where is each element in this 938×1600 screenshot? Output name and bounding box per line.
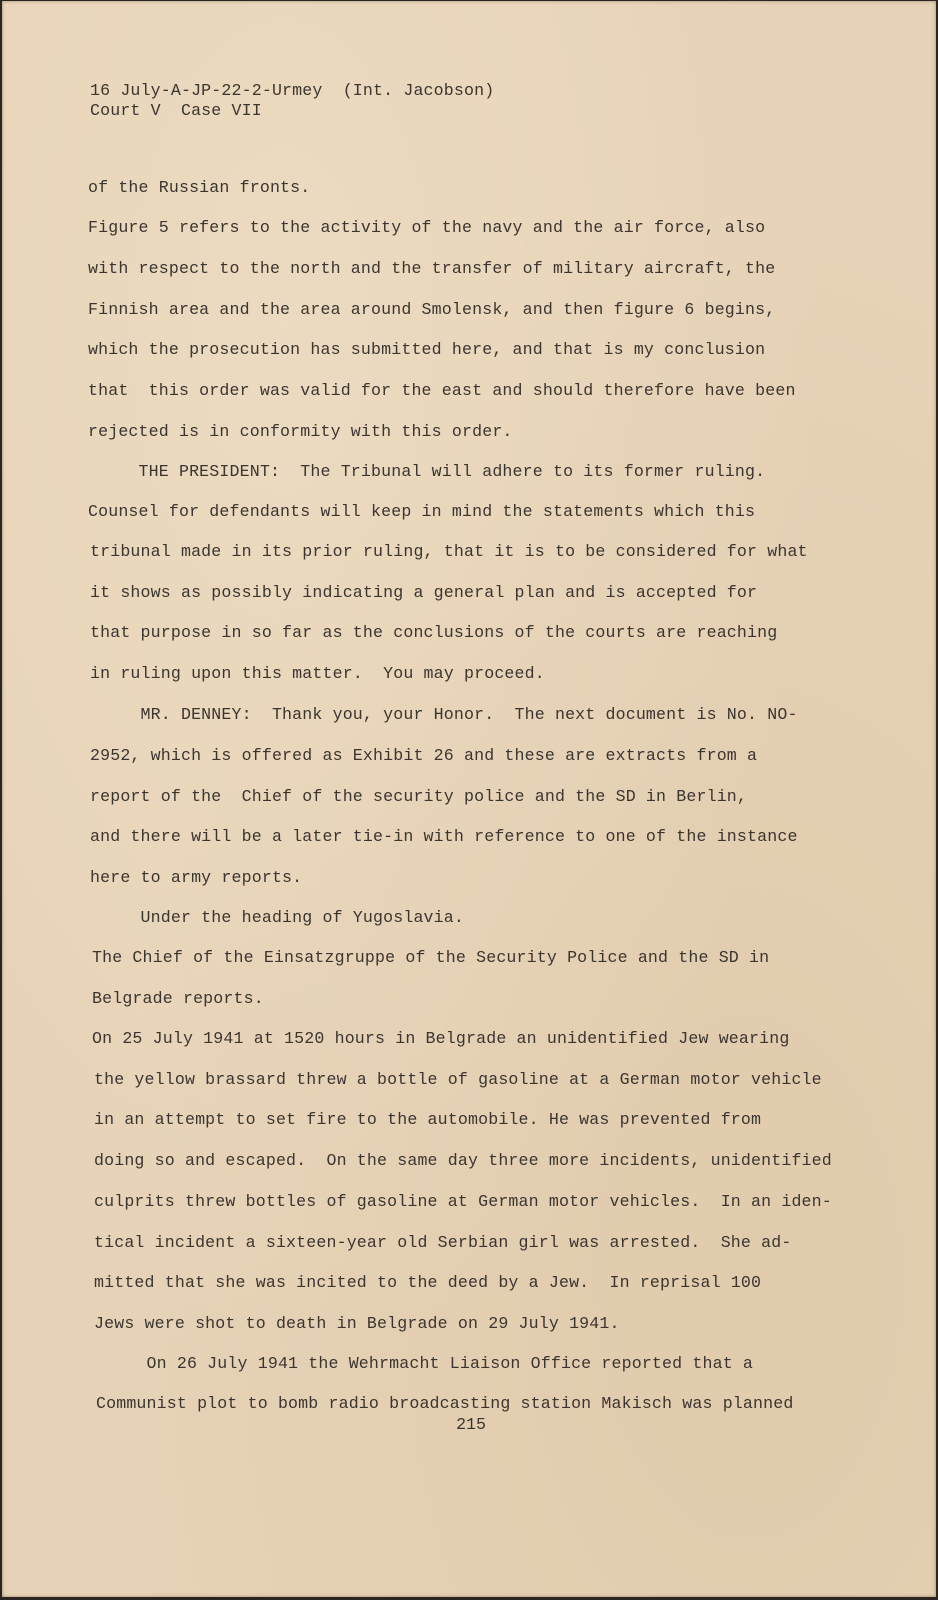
- transcript-line: of the Russian fronts.: [88, 178, 310, 197]
- transcript-line: THE PRESIDENT: The Tribunal will adhere …: [88, 462, 765, 481]
- transcript-line: report of the Chief of the security poli…: [90, 787, 747, 806]
- transcript-line: which the prosecution has submitted here…: [88, 340, 765, 359]
- transcript-line: culprits threw bottles of gasoline at Ge…: [94, 1192, 832, 1211]
- transcript-line: in an attempt to set fire to the automob…: [94, 1110, 761, 1129]
- header-transcript-id: 16 July-A-JP-22-2-Urmey (Int. Jacobson): [90, 81, 494, 100]
- transcript-line: that this order was valid for the east a…: [88, 381, 796, 400]
- transcript-line: it shows as possibly indicating a genera…: [90, 583, 757, 602]
- transcript-line: tical incident a sixteen-year old Serbia…: [94, 1233, 791, 1252]
- transcript-line: Figure 5 refers to the activity of the n…: [88, 218, 765, 237]
- transcript-line: and there will be a later tie-in with re…: [90, 827, 798, 846]
- page-number: 215: [2, 1415, 938, 1434]
- transcript-line: 2952, which is offered as Exhibit 26 and…: [90, 746, 757, 765]
- transcript-line: mitted that she was incited to the deed …: [94, 1273, 761, 1292]
- transcript-line: the yellow brassard threw a bottle of ga…: [94, 1070, 822, 1089]
- transcript-line: here to army reports.: [90, 868, 302, 887]
- transcript-line: that purpose in so far as the conclusion…: [90, 623, 777, 642]
- header-court-case: Court V Case VII: [90, 101, 262, 120]
- transcript-line: On 26 July 1941 the Wehrmacht Liaison Of…: [96, 1354, 753, 1373]
- document-page: 16 July-A-JP-22-2-Urmey (Int. Jacobson) …: [2, 1, 936, 1597]
- transcript-line: MR. DENNEY: Thank you, your Honor. The n…: [90, 705, 798, 724]
- transcript-line: in ruling upon this matter. You may proc…: [90, 664, 545, 683]
- transcript-line: doing so and escaped. On the same day th…: [94, 1151, 832, 1170]
- transcript-line: Communist plot to bomb radio broadcastin…: [96, 1394, 793, 1413]
- transcript-line: Belgrade reports.: [92, 989, 264, 1008]
- transcript-line: Under the heading of Yugoslavia.: [90, 908, 464, 927]
- transcript-line: Jews were shot to death in Belgrade on 2…: [94, 1314, 620, 1333]
- transcript-line: with respect to the north and the transf…: [88, 259, 775, 278]
- transcript-line: Finnish area and the area around Smolens…: [88, 300, 775, 319]
- transcript-line: Counsel for defendants will keep in mind…: [88, 502, 755, 521]
- transcript-line: On 25 July 1941 at 1520 hours in Belgrad…: [92, 1029, 789, 1048]
- transcript-line: tribunal made in its prior ruling, that …: [90, 542, 808, 561]
- transcript-line: rejected is in conformity with this orde…: [88, 422, 513, 441]
- transcript-line: The Chief of the Einsatzgruppe of the Se…: [92, 948, 769, 967]
